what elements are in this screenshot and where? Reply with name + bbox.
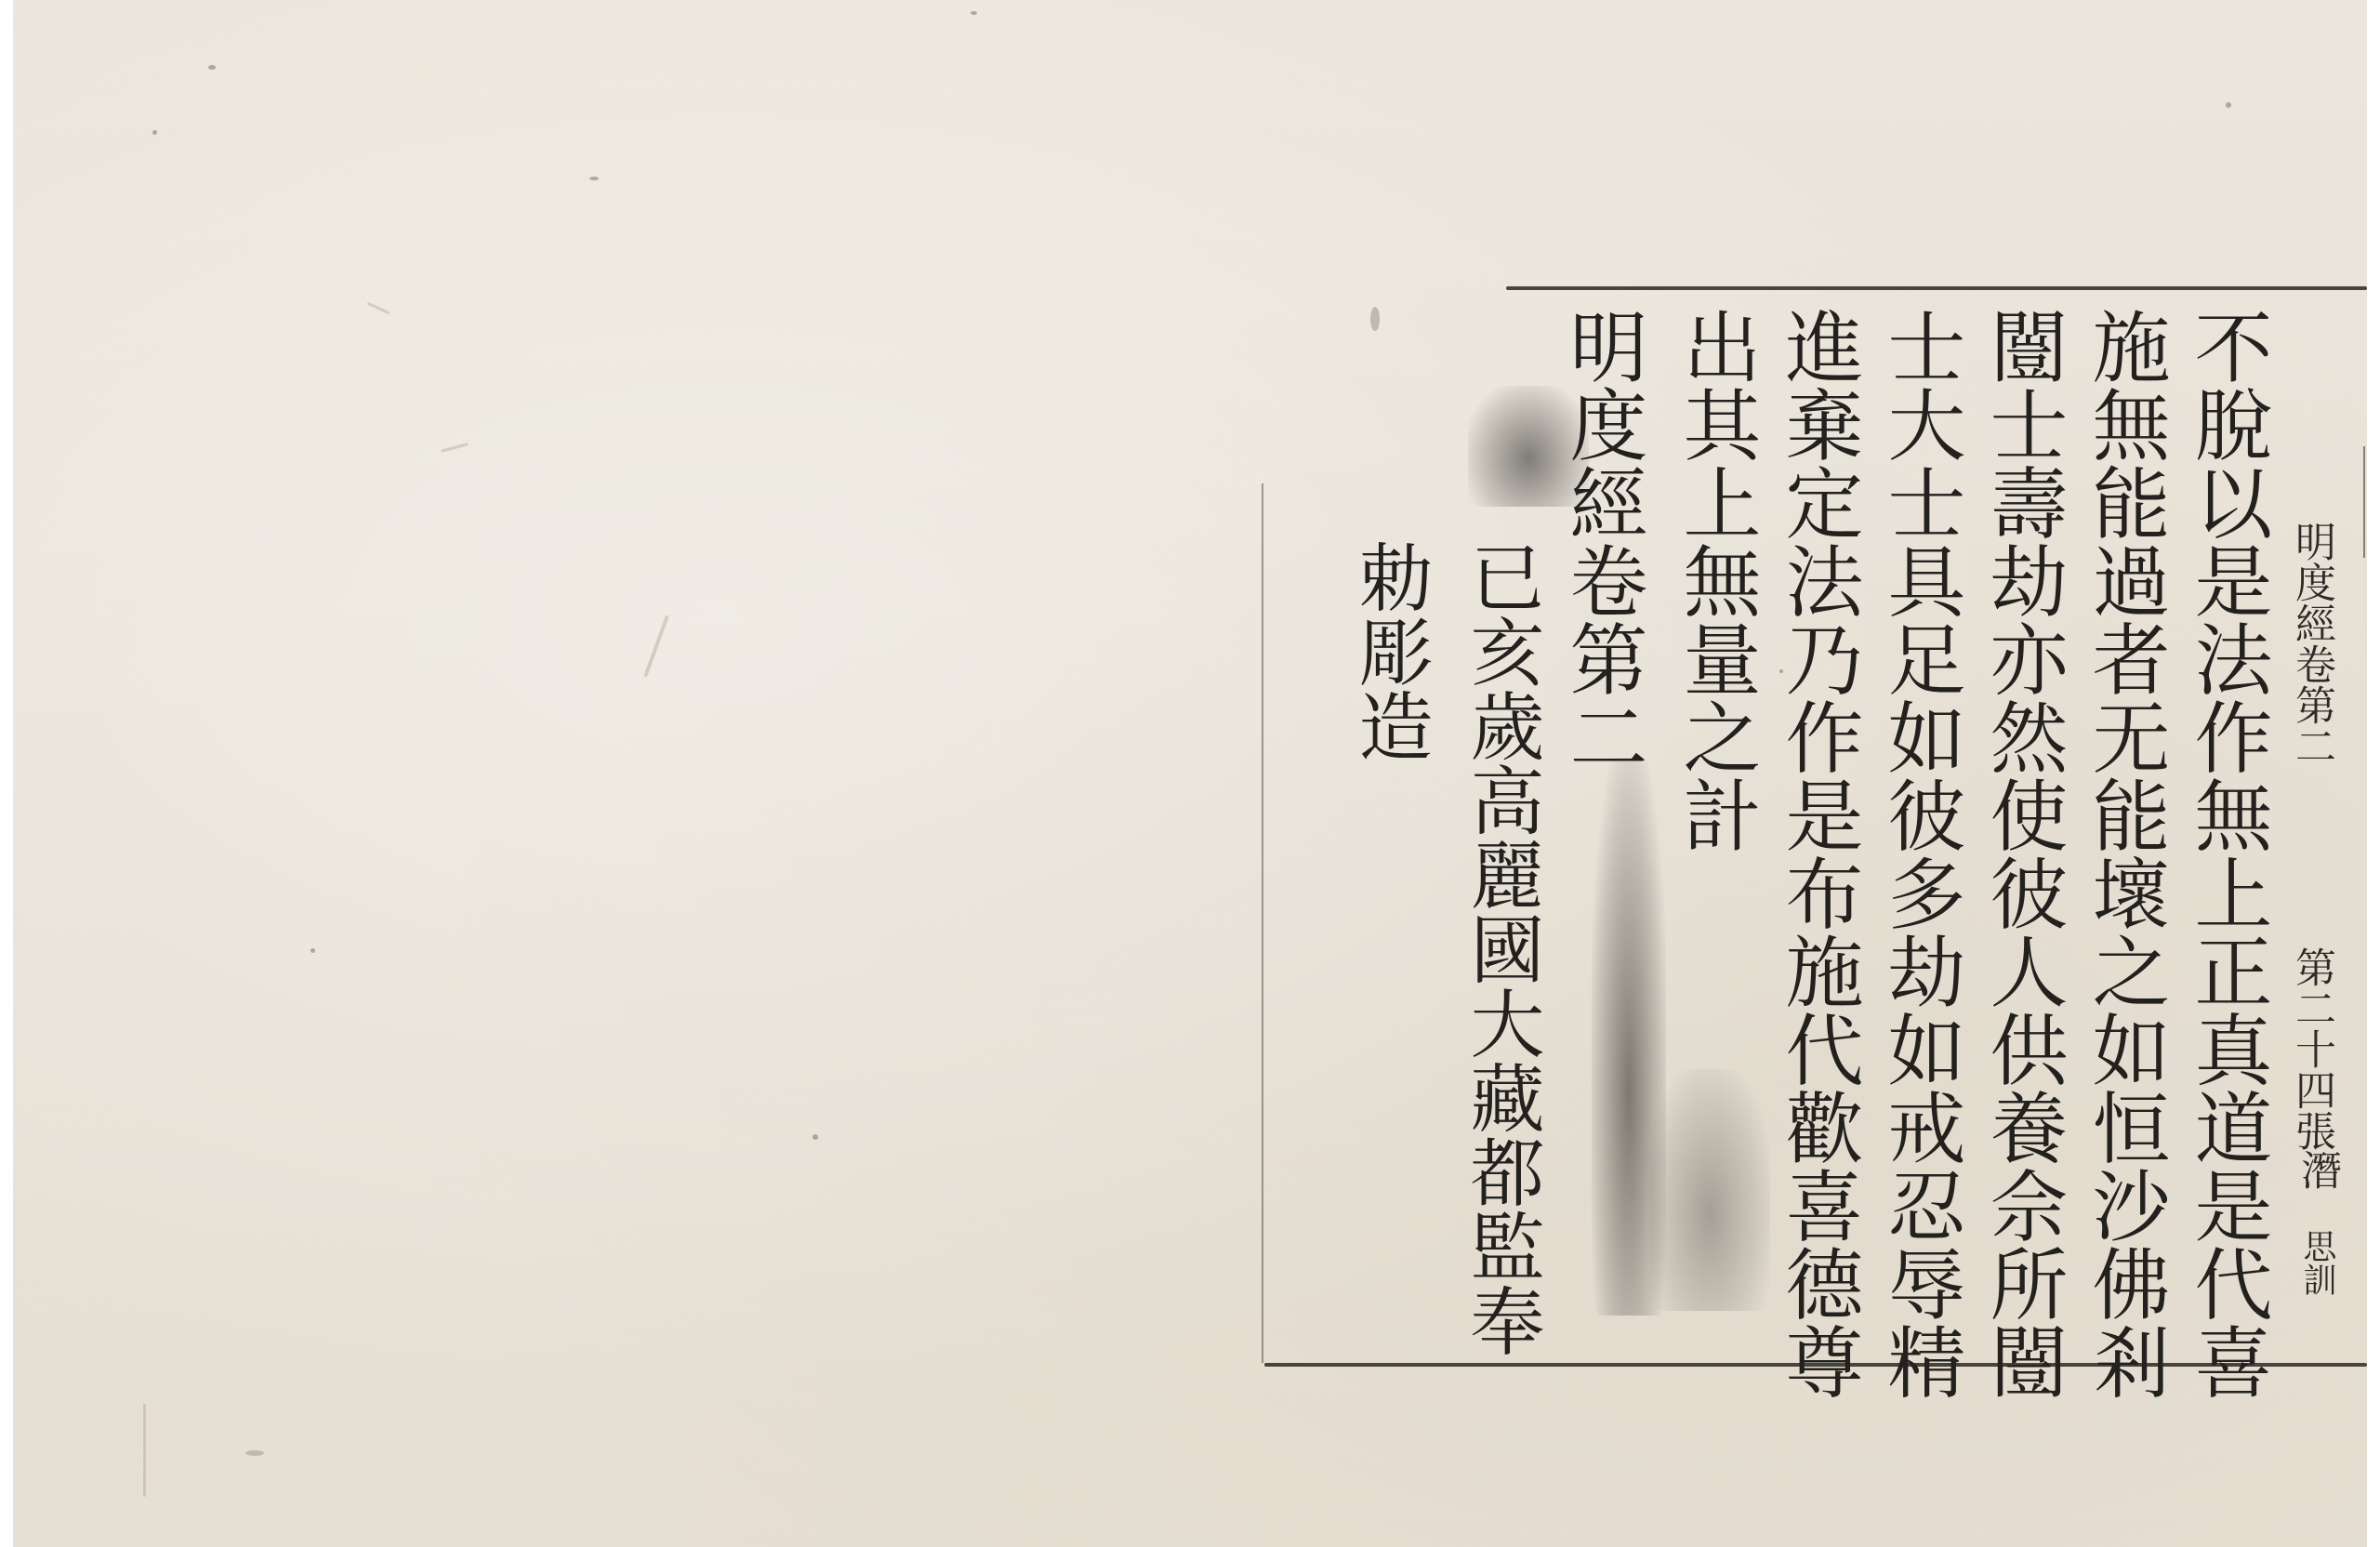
margin-sheet-number: 第二十四張 <box>2291 946 2332 1151</box>
paper-fleck <box>813 1134 818 1140</box>
paper-fiber <box>367 302 390 315</box>
paper-fleck <box>311 948 315 953</box>
colophon-line-2: 勅彫造 <box>1352 539 1426 762</box>
paper-fleck <box>2226 102 2231 108</box>
frame-top-rule <box>1506 286 2367 290</box>
paper-fiber <box>643 615 669 677</box>
margin-carver: 思訓 <box>2300 1229 2334 1296</box>
frame-right-edge-rule <box>2363 446 2365 558</box>
paper-fleck <box>589 177 599 180</box>
text-column-5: 進棄定法乃作是布施代歡喜德尊 <box>1779 307 1858 1400</box>
text-column-2: 施無能過者无能壞之如恒沙佛剎 <box>2086 307 2164 1400</box>
paper-page: 明度經卷第二 第二十四張 潛 思訓 不脫以是法作無上正真道是代喜 施無能過者无能… <box>13 0 2367 1547</box>
text-column-1: 不脫以是法作無上正真道是代喜 <box>2188 307 2267 1400</box>
paper-fleck <box>971 11 977 15</box>
paper-fleck <box>245 1450 264 1456</box>
paper-fiber <box>441 443 469 453</box>
paper-fleck <box>208 65 216 70</box>
closing-title: 明度經卷第二 <box>1564 307 1642 775</box>
paper-fleck <box>1370 307 1380 331</box>
margin-mark: 潛 <box>2296 1149 2337 1190</box>
margin-title: 明度經卷第二 <box>2291 521 2332 766</box>
paper-fleck <box>152 130 157 135</box>
paper-fiber <box>143 1404 146 1497</box>
text-column-3: 闓士壽劫亦然使彼人供養佘所闓 <box>1984 307 2062 1400</box>
colophon-line-1: 已亥歲高麗國大藏都監奉 <box>1463 539 1538 1357</box>
text-column-6: 出其上無量之計 <box>1677 307 1755 853</box>
frame-inner-left-rule <box>1262 483 1263 1363</box>
ink-smudge <box>1649 1069 1770 1311</box>
text-column-4: 士大士具足如彼多劫如戒忍辱精 <box>1882 307 1960 1400</box>
